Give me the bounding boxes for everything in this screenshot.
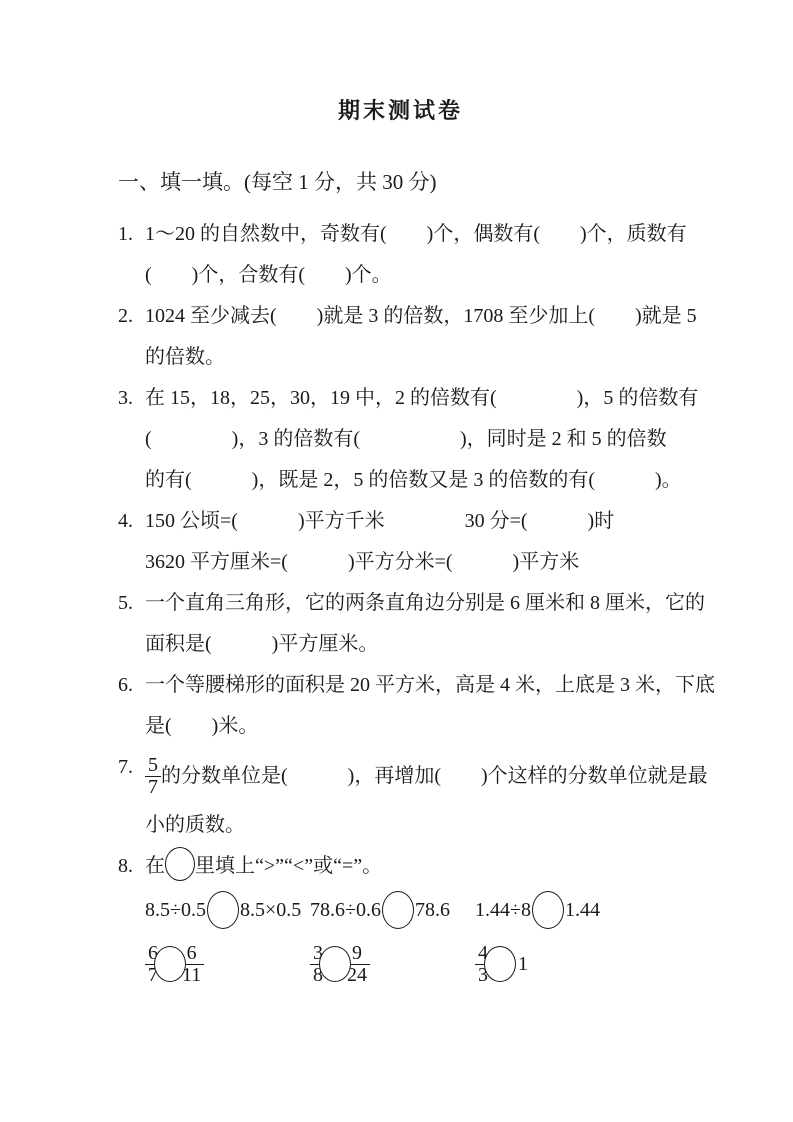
test-paper-page: 期末测试卷 一、填一填。(每空 1 分，共 30 分) 1. 1～20 的自然数… (0, 0, 793, 995)
page-title: 期末测试卷 (118, 98, 683, 124)
question-number: 1. (118, 214, 145, 255)
question-body: 一个等腰梯形的面积是 20 平方米，高是 4 米，上底是 3 米，下底 是( )… (145, 665, 715, 747)
blank-circle-icon (165, 847, 195, 881)
section-heading: 一、填一填。(每空 1 分，共 30 分) (118, 168, 683, 196)
question-line: 一个直角三角形，它的两条直角边分别是 6 厘米和 8 厘米，它的 (145, 583, 705, 624)
blank-circle-icon (484, 946, 516, 982)
question-7: 7. 5 7 的分数单位是( )，再增加( )个这样的分数单位就是最 小的质数。 (118, 747, 683, 846)
comparison-item: 6 7 6 11 (145, 943, 310, 986)
question-body: 在 15，18，25，30，19 中，2 的倍数有( )，5 的倍数有 ( )，… (145, 378, 698, 501)
question-line: ( )个，合数有( )个。 (145, 255, 687, 296)
fraction-numerator: 9 (349, 943, 365, 964)
fraction: 5 7 (145, 755, 161, 798)
question-line: ( )，3 的倍数有( )，同时是 2 和 5 的倍数 (145, 419, 698, 460)
blank-circle-icon (154, 946, 186, 982)
question-text-pre: 在 (145, 855, 165, 877)
question-line: 是( )米。 (145, 706, 715, 747)
question-line-with-fraction: 5 7 的分数单位是( )，再增加( )个这样的分数单位就是最 (145, 747, 708, 805)
question-line: 的倍数。 (145, 337, 697, 378)
question-8: 8. 在里填上“>”“<”或“=”。 8.5÷0.58.5×0.5 78.6÷0… (118, 846, 683, 995)
question-line: 在 15，18，25，30，19 中，2 的倍数有( )，5 的倍数有 (145, 378, 698, 419)
fraction-numerator: 6 (184, 943, 200, 964)
question-line: 1024 至少减去( )就是 3 的倍数，1708 至少加上( )就是 5 (145, 296, 697, 337)
question-body: 在里填上“>”“<”或“=”。 8.5÷0.58.5×0.5 78.6÷0.67… (145, 846, 683, 995)
left-expression: 1.44÷8 (475, 890, 531, 931)
comparison-item: 8.5÷0.58.5×0.5 (145, 890, 310, 931)
blank-circle-icon (382, 891, 414, 929)
question-line: 1～20 的自然数中，奇数有( )个，偶数有( )个，质数有 (145, 214, 687, 255)
question-line-with-circle: 在里填上“>”“<”或“=”。 (145, 846, 683, 887)
blank-circle-icon (532, 891, 564, 929)
question-6: 6. 一个等腰梯形的面积是 20 平方米，高是 4 米，上底是 3 米，下底 是… (118, 665, 683, 747)
comparison-item: 78.6÷0.678.6 (310, 890, 475, 931)
question-number: 4. (118, 501, 145, 542)
right-expression: 78.6 (415, 890, 450, 931)
question-line: 一个等腰梯形的面积是 20 平方米，高是 4 米，上底是 3 米，下底 (145, 665, 715, 706)
question-line: 3620 平方厘米=( )平方分米=( )平方米 (145, 542, 683, 583)
question-line: 的有( )，既是 2，5 的倍数又是 3 的倍数的有( )。 (145, 460, 698, 501)
fraction-numerator: 5 (145, 755, 161, 776)
question-text-post: 里填上“>”“<”或“=”。 (195, 855, 382, 877)
question-5: 5. 一个直角三角形，它的两条直角边分别是 6 厘米和 8 厘米，它的 面积是(… (118, 583, 683, 665)
question-body: 一个直角三角形，它的两条直角边分别是 6 厘米和 8 厘米，它的 面积是( )平… (145, 583, 705, 665)
comparison-item: 1.44÷81.44 (475, 890, 600, 931)
right-expression: 8.5×0.5 (240, 890, 301, 931)
right-expression: 1.44 (565, 890, 600, 931)
comparison-row-2: 6 7 6 11 3 8 9 24 (145, 933, 683, 995)
question-number: 6. (118, 665, 145, 706)
question-number: 8. (118, 846, 145, 887)
comparison-item: 3 8 9 24 (310, 943, 475, 986)
question-number: 3. (118, 378, 145, 419)
question-body: 1024 至少减去( )就是 3 的倍数，1708 至少加上( )就是 5 的倍… (145, 296, 697, 378)
question-2: 2. 1024 至少减去( )就是 3 的倍数，1708 至少加上( )就是 5… (118, 296, 683, 378)
question-4: 4. 150 公顷=( )平方千米 30 分=( )时 3620 平方厘米=( … (118, 501, 683, 583)
question-line: 的分数单位是( )，再增加( )个这样的分数单位就是最 (161, 756, 708, 797)
question-number: 5. (118, 583, 145, 624)
question-line: 150 公顷=( )平方千米 30 分=( )时 (145, 501, 683, 542)
question-line: 面积是( )平方厘米。 (145, 624, 705, 665)
question-1: 1. 1～20 的自然数中，奇数有( )个，偶数有( )个，质数有 ( )个，合… (118, 214, 683, 296)
question-number: 7. (118, 747, 145, 788)
left-expression: 78.6÷0.6 (310, 890, 381, 931)
left-expression: 8.5÷0.5 (145, 890, 206, 931)
question-line: 小的质数。 (145, 805, 708, 846)
comparison-row-1: 8.5÷0.58.5×0.5 78.6÷0.678.6 1.44÷81.44 (145, 887, 683, 933)
question-body: 150 公顷=( )平方千米 30 分=( )时 3620 平方厘米=( )平方… (145, 501, 683, 583)
question-body: 5 7 的分数单位是( )，再增加( )个这样的分数单位就是最 小的质数。 (145, 747, 708, 846)
fraction-denominator: 7 (145, 776, 161, 798)
question-body: 1～20 的自然数中，奇数有( )个，偶数有( )个，质数有 ( )个，合数有(… (145, 214, 687, 296)
blank-circle-icon (319, 946, 351, 982)
question-3: 3. 在 15，18，25，30，19 中，2 的倍数有( )，5 的倍数有 (… (118, 378, 683, 501)
blank-circle-icon (207, 891, 239, 929)
question-number: 2. (118, 296, 145, 337)
right-expression: 1 (518, 944, 528, 985)
comparison-item: 4 3 1 (475, 943, 528, 986)
